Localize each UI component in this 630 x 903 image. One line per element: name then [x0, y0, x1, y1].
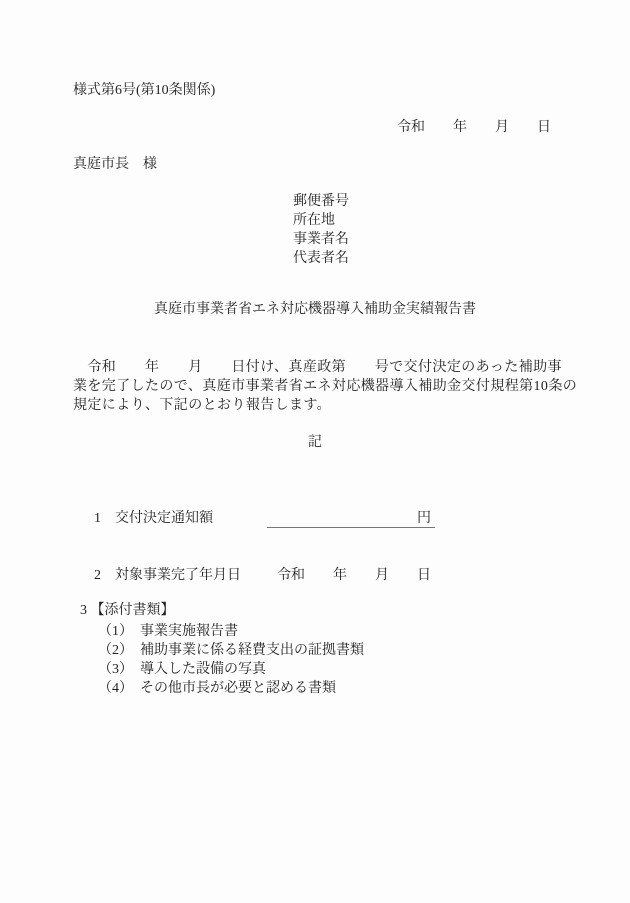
completion-date-row: 2 対象事業完了年月日令和 年 月 日 [80, 547, 557, 566]
sender-block: 郵便番号 所在地 事業者名 代表者名 [293, 192, 557, 268]
attachment-item-2: （2） 補助事業に係る経費支出の証拠書類 [98, 641, 557, 660]
attachments-list: （1） 事業実施報告書 （2） 補助事業に係る経費支出の証拠書類 （3） 導入し… [98, 622, 557, 698]
grant-amount-blank-field: 円 [267, 510, 435, 528]
sender-field-postal-code: 郵便番号 [293, 192, 557, 211]
body-paragraph: 令和 年 月 日付け、真産政第 号で交付決定のあった補助事 業を完了したので、真… [73, 358, 557, 415]
attachment-item-3: （3） 導入した設備の写真 [98, 660, 557, 679]
attachment-item-1: （1） 事業実施報告書 [98, 622, 557, 641]
document-page: 様式第6号(第10条関係) 令和 年 月 日 真庭市長 様 郵便番号 所在地 事… [0, 0, 630, 903]
addressee: 真庭市長 様 [73, 155, 557, 174]
sender-field-address: 所在地 [293, 211, 557, 230]
record-marker: 記 [73, 433, 557, 452]
body-line-3: 規定により、下記のとおり報告します。 [73, 396, 557, 415]
form-number: 様式第6号(第10条関係) [73, 81, 557, 100]
sender-field-representative-name: 代表者名 [293, 249, 557, 268]
grant-amount-row: 1 交付決定通知額円 [80, 490, 557, 509]
header-date-line: 令和 年 月 日 [73, 118, 557, 137]
attachment-item-4: （4） その他市長が必要と認める書類 [98, 679, 557, 698]
body-line-1: 令和 年 月 日付け、真産政第 号で交付決定のあった補助事 [73, 358, 557, 377]
grant-amount-label: 1 交付決定通知額 [94, 511, 213, 526]
completion-date-label: 2 対象事業完了年月日 [94, 568, 241, 583]
attachments-heading: 3 【添付書類】 [80, 601, 557, 620]
body-line-2: 業を完了したので、真庭市事業者省エネ対応機器導入補助金交付規程第10条の [73, 377, 557, 396]
completion-date-blank-field: 令和 年 月 日 [277, 568, 431, 583]
sender-field-business-name: 事業者名 [293, 230, 557, 249]
document-title: 真庭市事業者省エネ対応機器導入補助金実績報告書 [73, 300, 557, 319]
grant-amount-unit: 円 [417, 511, 431, 526]
